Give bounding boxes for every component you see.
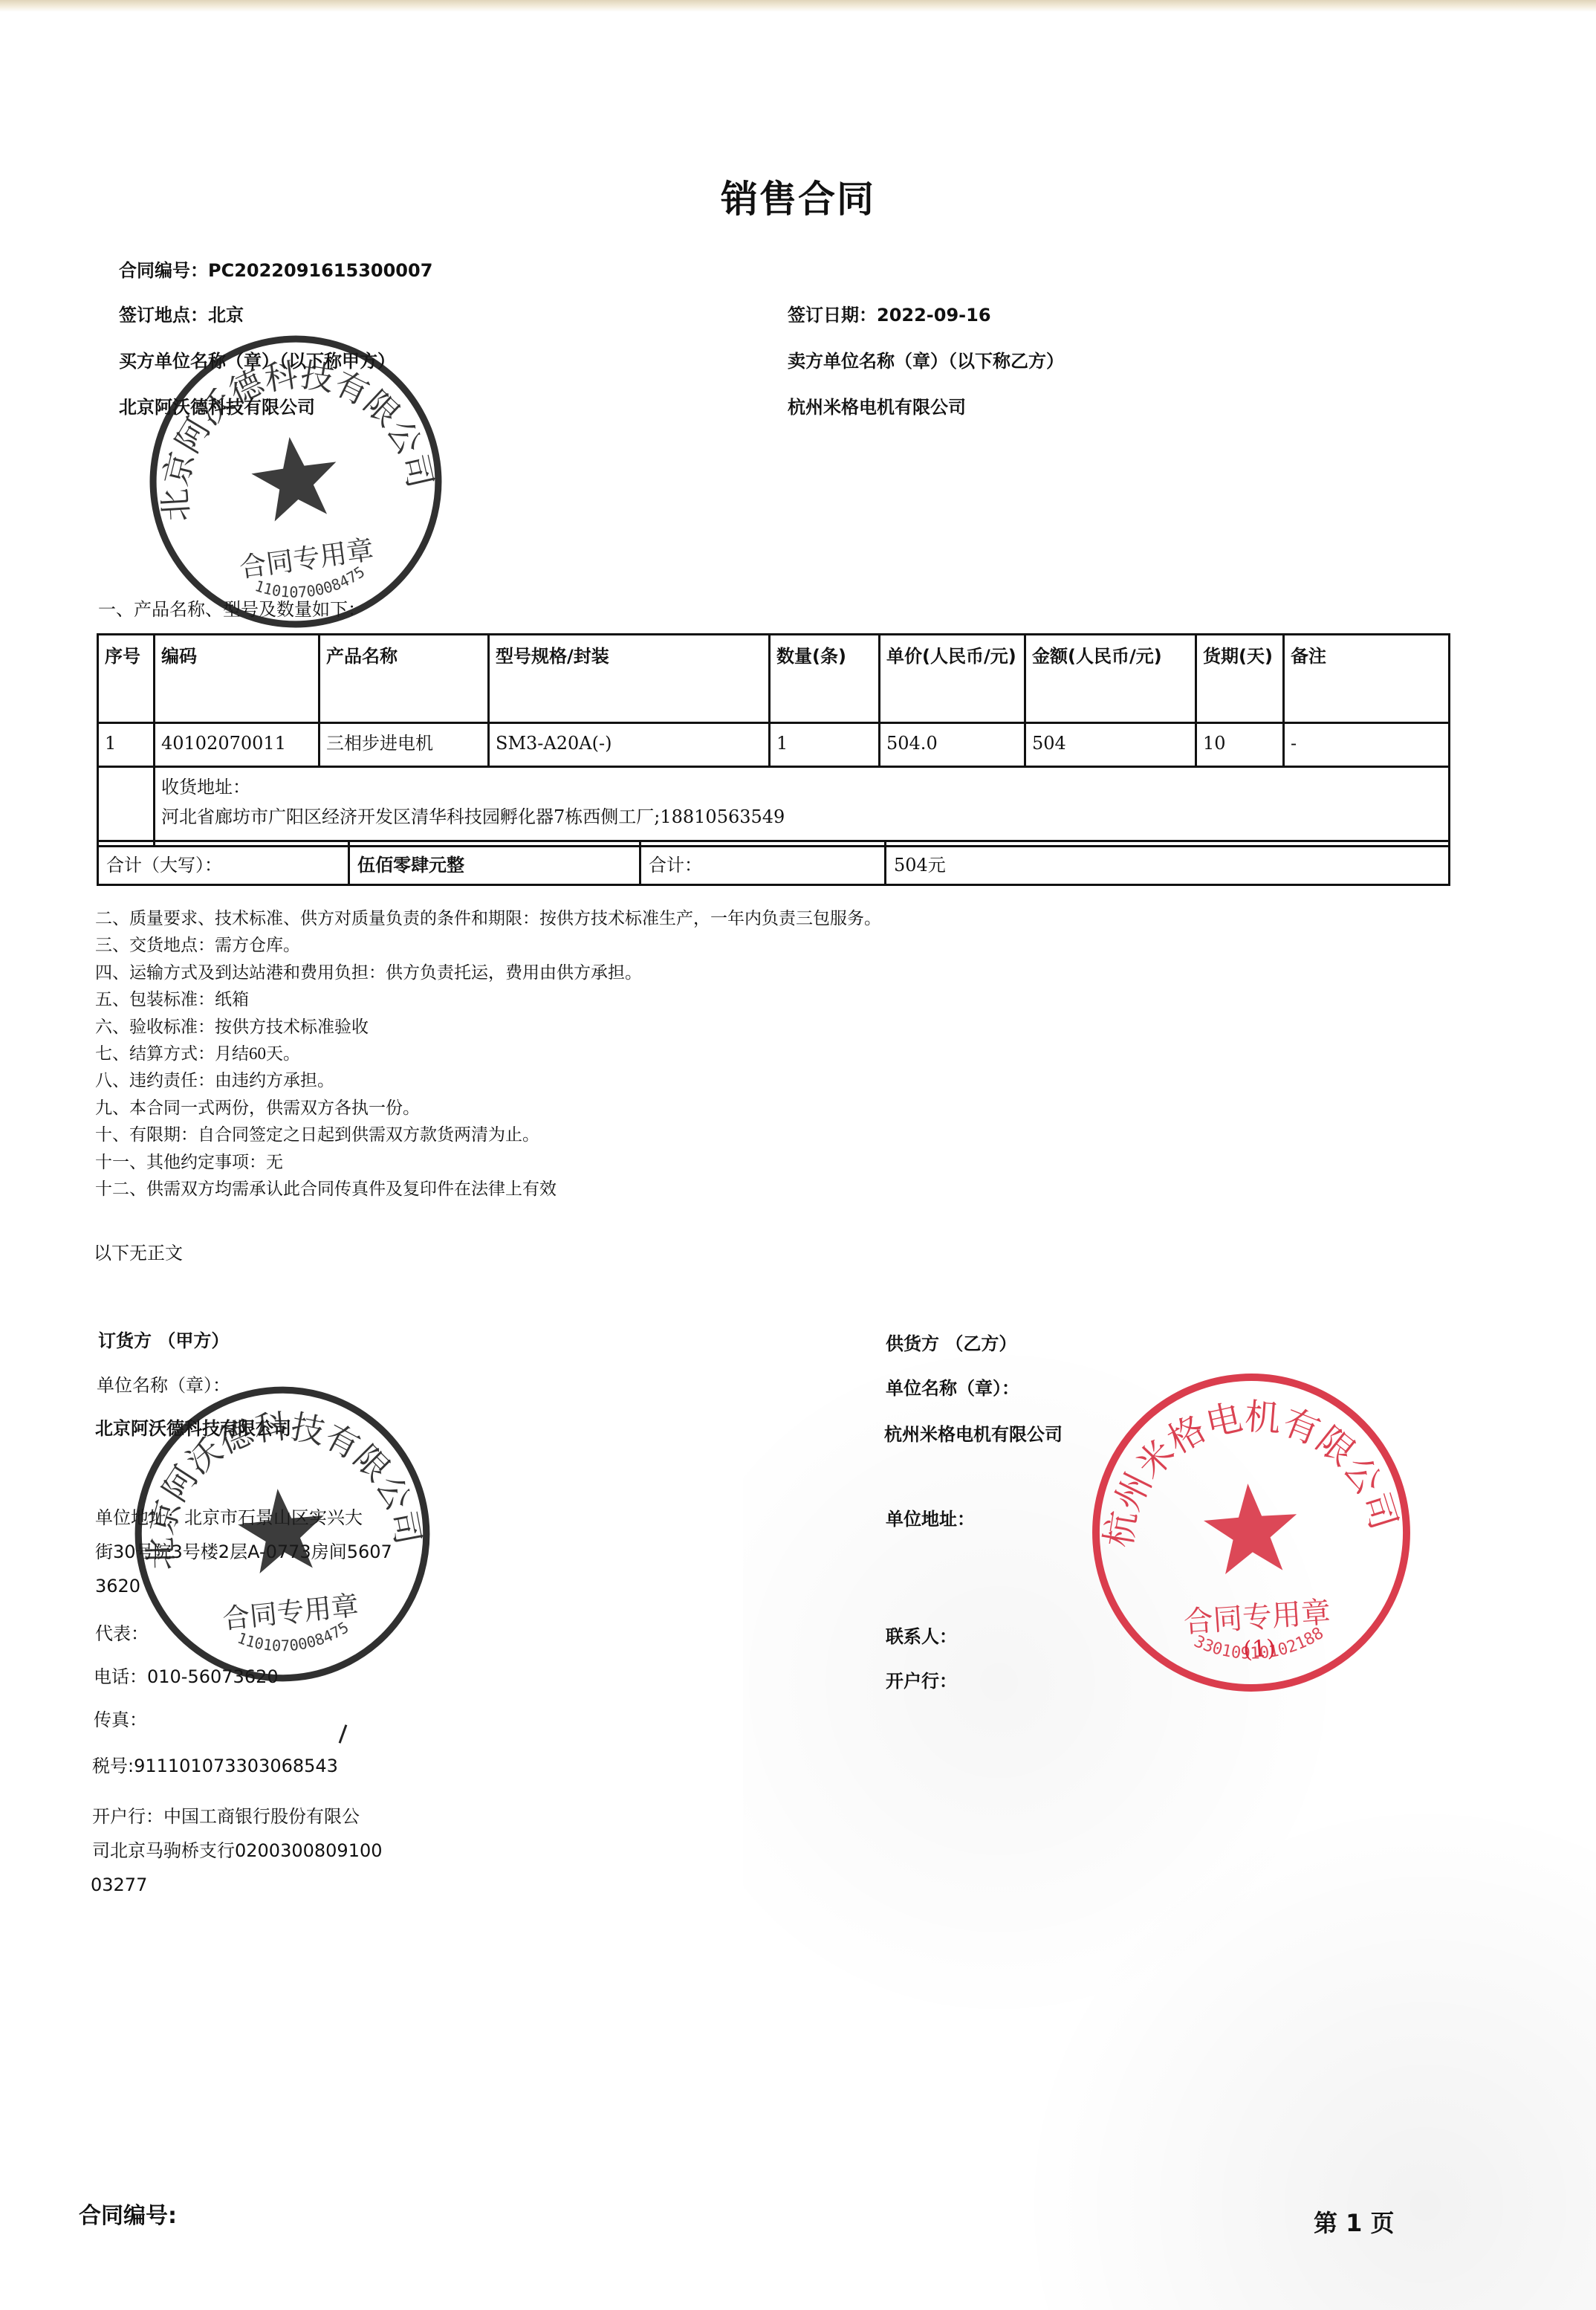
cell-code: 40102070011 xyxy=(155,723,319,767)
contract-number: 合同编号：PC2022091615300007 xyxy=(119,256,432,282)
svg-text:1101070008475: 1101070008475 xyxy=(233,1617,354,1660)
company-seal-seller: 杭州米格电机有限公司合同专用章(1)3301091010218​8 xyxy=(1077,1358,1426,1707)
term-item: 十一、其他约定事项：无 xyxy=(95,1149,881,1176)
cell-no: 1 xyxy=(98,723,155,767)
col-header-code: 编码 xyxy=(155,635,319,723)
sign-place: 签订地点：北京 xyxy=(119,300,244,326)
party-a-fax: 传真： xyxy=(94,1711,147,1729)
products-table: 序号 编码 产品名称 型号规格/封装 数量(条) 单价(人民币/元) 金额(人民… xyxy=(97,633,1450,847)
cell-amount: 504 xyxy=(1025,723,1196,767)
cell-name: 三相步进电机 xyxy=(319,723,489,767)
page-number: 第 1 页 xyxy=(1314,2204,1395,2239)
col-header-name: 产品名称 xyxy=(319,635,489,723)
total-amount: 504元 xyxy=(886,841,1450,885)
party-b-contact-label: 联系人： xyxy=(886,1628,957,1646)
party-a-heading: 订货方 （甲方） xyxy=(98,1332,229,1350)
delivery-address: 河北省廊坊市广阳区经济开发区清华科技园孵化器7栋西侧工厂;18810563549 xyxy=(161,802,1442,832)
col-header-unit-price: 单价(人民币/元) xyxy=(880,635,1025,723)
party-a-address-2: 街30号院3号楼2层A-0773房间5607 xyxy=(95,1543,392,1561)
table-header-row: 序号 编码 产品名称 型号规格/封装 数量(条) 单价(人民币/元) 金额(人民… xyxy=(98,635,1450,723)
cell-qty: 1 xyxy=(770,723,880,767)
pen-mark xyxy=(339,1724,348,1743)
totals-row: 合计（大写）： 伍佰零肆元整 合计： 504元 xyxy=(98,841,1450,885)
total-label: 合计： xyxy=(640,841,886,885)
seller-name: 杭州米格电机有限公司 xyxy=(788,392,966,418)
svg-text:合同专用章: 合同专用章 xyxy=(221,1589,360,1635)
svg-text:(1): (1) xyxy=(1242,1634,1277,1663)
address-row: 收货地址： 河北省廊坊市广阳区经济开发区清华科技园孵化器7栋西侧工厂;18810… xyxy=(98,767,1450,847)
col-header-amount: 金额(人民币/元) xyxy=(1025,635,1196,723)
party-a-unit-name: 北京阿沃德科技有限公司 xyxy=(95,1420,291,1437)
seller-label: 卖方单位名称（章）（以下称乙方） xyxy=(788,346,1064,372)
term-item: 二、质量要求、技术标准、供方对质量负责的条件和期限：按供方技术标准生产，一年内负… xyxy=(95,905,881,932)
col-header-model: 型号规格/封装 xyxy=(489,635,770,723)
party-a-bank-3: 03277 xyxy=(91,1876,147,1894)
term-item: 八、违约责任：由违约方承担。 xyxy=(95,1067,881,1094)
term-item: 七、结算方式：月结60天。 xyxy=(95,1041,881,1067)
party-a-unit-name-label: 单位名称（章）： xyxy=(97,1376,230,1394)
cell-unit-price: 504.0 xyxy=(880,723,1025,767)
totals-table: 合计（大写）： 伍佰零肆元整 合计： 504元 xyxy=(97,840,1450,886)
cell-lead-time: 10 xyxy=(1196,723,1284,767)
party-b-heading: 供货方 （乙方） xyxy=(886,1335,1016,1353)
end-note: 以下无正文 xyxy=(94,1238,183,1264)
term-item: 三、交货地点：需方仓库。 xyxy=(95,932,881,959)
buyer-name: 北京阿沃德科技有限公司 xyxy=(119,392,315,418)
products-intro: 一、产品名称、型号及数量如下： xyxy=(98,595,366,621)
term-item: 四、运输方式及到达站港和费用负担：供方负责托运，费用由供方承担。 xyxy=(95,960,881,986)
party-a-address-3: 3620 xyxy=(95,1577,140,1595)
scan-noise xyxy=(743,1264,1596,2310)
document-title: 销售合同 xyxy=(0,169,1596,223)
party-a-tax-no: 税号:911101073303068543 xyxy=(92,1757,338,1775)
col-header-qty: 数量(条) xyxy=(770,635,880,723)
delivery-address-cell: 收货地址： 河北省廊坊市广阳区经济开发区清华科技园孵化器7栋西侧工厂;18810… xyxy=(155,767,1450,847)
party-a-phone: 电话：010-56073620 xyxy=(94,1668,279,1686)
total-caps: 伍佰零肆元整 xyxy=(349,841,640,885)
term-item: 十二、供需双方均需承认此合同传真件及复印件在法律上有效 xyxy=(95,1176,881,1203)
col-header-lead-time: 货期(天) xyxy=(1196,635,1284,723)
svg-text:合同专用章: 合同专用章 xyxy=(238,534,376,584)
total-caps-label: 合计（大写）： xyxy=(98,841,349,885)
buyer-label: 买方单位名称（章）（以下称甲方） xyxy=(119,346,395,372)
party-b-unit-name-label: 单位名称（章）： xyxy=(886,1379,1019,1397)
svg-text:3301091010218​8: 3301091010218​8 xyxy=(1190,1623,1328,1668)
sign-date: 签订日期：2022-09-16 xyxy=(788,300,991,326)
party-a-representative: 代表： xyxy=(95,1625,149,1643)
terms-list: 二、质量要求、技术标准、供方对质量负责的条件和期限：按供方技术标准生产，一年内负… xyxy=(95,905,881,1203)
col-header-remark: 备注 xyxy=(1284,635,1450,723)
party-a-bank-1: 开户行：中国工商银行股份有限公 xyxy=(92,1808,360,1825)
svg-text:合同专用章: 合同专用章 xyxy=(1183,1595,1332,1640)
col-header-no: 序号 xyxy=(98,635,155,723)
party-a-address-1: 单位地址：北京市石景山区实兴大 xyxy=(95,1509,363,1527)
cell-remark: - xyxy=(1284,723,1450,767)
table-row: 1 40102070011 三相步进电机 SM3-A20A(-) 1 504.0… xyxy=(98,723,1450,767)
term-item: 十、有限期：自合同签定之日起到供需双方款货两清为止。 xyxy=(95,1122,881,1148)
party-b-unit-name: 杭州米格电机有限公司 xyxy=(884,1426,1063,1443)
scan-edge xyxy=(0,0,1596,12)
term-item: 五、包装标准：纸箱 xyxy=(95,986,881,1013)
footer-contract-number-label: 合同编号: xyxy=(79,2197,177,2230)
term-item: 六、验收标准：按供方技术标准验收 xyxy=(95,1014,881,1041)
delivery-address-label: 收货地址： xyxy=(161,772,1442,802)
party-a-bank-2: 司北京马驹桥支行0200300809100 xyxy=(92,1842,383,1860)
party-b-address-label: 单位地址： xyxy=(886,1510,975,1528)
party-b-bank-label: 开户行： xyxy=(886,1672,957,1690)
term-item: 九、本合同一式两份，供需双方各执一份。 xyxy=(95,1095,881,1122)
cell-model: SM3-A20A(-) xyxy=(489,723,770,767)
svg-text:杭州米格电机有限公司: 杭州米格电机有限公司 xyxy=(1089,1385,1405,1553)
